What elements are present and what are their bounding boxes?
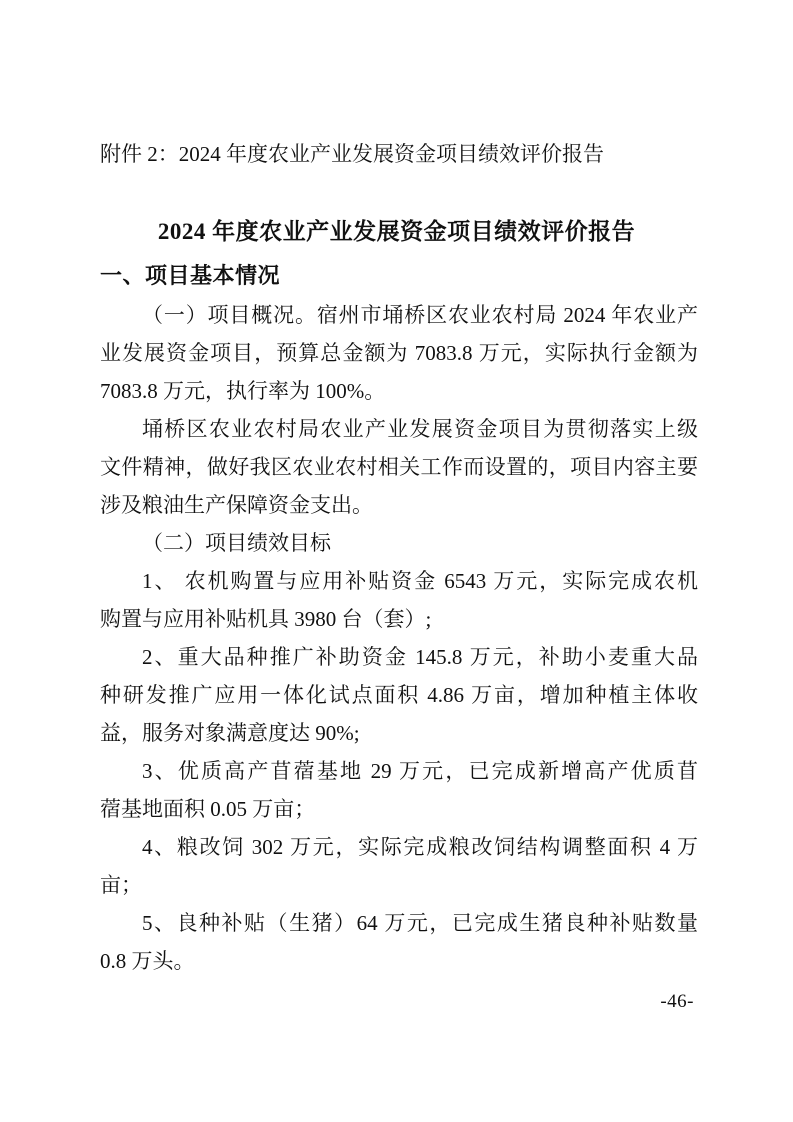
body-line: 0.8 万头。	[100, 942, 698, 980]
document-body: 一、项目基本情况 （一）项目概况。宿州市埇桥区农业农村局 2024 年农业产 业…	[100, 256, 698, 980]
body-line: 3、优质高产苜蓿基地 29 万元，已完成新增高产优质苜	[100, 752, 698, 790]
body-line: 埇桥区农业农村局农业产业发展资金项目为贯彻落实上级	[100, 410, 698, 448]
body-line: 4、粮改饲 302 万元，实际完成粮改饲结构调整面积 4 万	[100, 828, 698, 866]
body-line: 涉及粮油生产保障资金支出。	[100, 486, 698, 524]
body-line: （一）项目概况。宿州市埇桥区农业农村局 2024 年农业产	[100, 296, 698, 334]
body-line: 文件精神，做好我区农业农村相关工作而设置的，项目内容主要	[100, 448, 698, 486]
body-line: 2、重大品种推广补助资金 145.8 万元，补助小麦重大品	[100, 638, 698, 676]
body-line: 种研发推广应用一体化试点面积 4.86 万亩，增加种植主体收	[100, 676, 698, 714]
page-number: -46-	[100, 991, 694, 1013]
body-line: 1、 农机购置与应用补贴资金 6543 万元，实际完成农机	[100, 562, 698, 600]
body-line: 业发展资金项目，预算总金额为 7083.8 万元，实际执行金额为	[100, 334, 698, 372]
body-line: 亩；	[100, 866, 698, 904]
body-line: 5、良种补贴（生猪）64 万元，已完成生猪良种补贴数量	[100, 904, 698, 942]
body-line: 蓿基地面积 0.05 万亩；	[100, 790, 698, 828]
section-heading: 一、项目基本情况	[100, 256, 698, 296]
attachment-note: 附件 2：2024 年度农业产业发展资金项目绩效评价报告	[100, 140, 700, 168]
document-page: 附件 2：2024 年度农业产业发展资金项目绩效评价报告 2024 年度农业产业…	[0, 0, 793, 1122]
body-line: 购置与应用补贴机具 3980 台（套）;	[100, 600, 698, 638]
body-line: （二）项目绩效目标	[100, 524, 698, 562]
body-line: 7083.8 万元，执行率为 100%。	[100, 372, 698, 410]
body-line: 益，服务对象满意度达 90%;	[100, 714, 698, 752]
document-title: 2024 年度农业产业发展资金项目绩效评价报告	[60, 215, 733, 249]
